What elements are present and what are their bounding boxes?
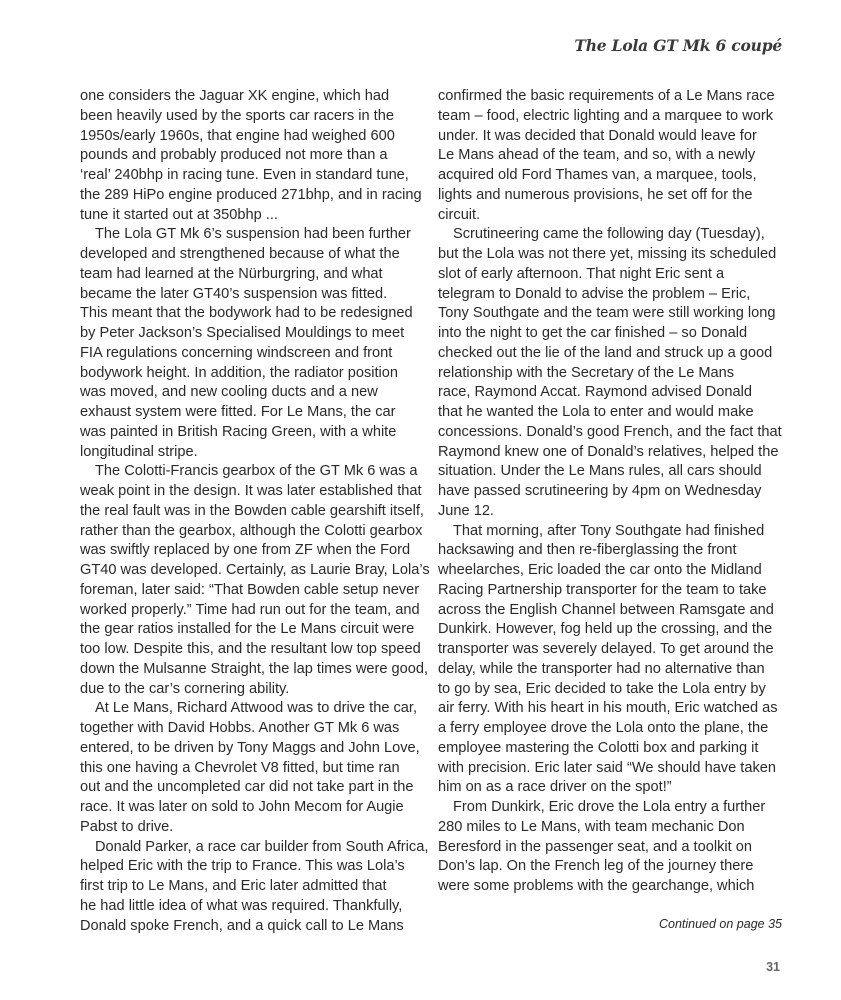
body-text-line: acquired old Ford Thames van, a marquee,… <box>438 166 788 186</box>
body-text-line: him on as a race driver on the spot!” <box>438 778 788 798</box>
body-text-line: Beresford in the passenger seat, and a t… <box>438 838 788 858</box>
body-text-line: June 12. <box>438 502 788 522</box>
page-number: 31 <box>766 960 780 974</box>
body-text-line: under. It was decided that Donald would … <box>438 127 788 147</box>
body-text-line: concessions. Donald’s good French, and t… <box>438 423 788 443</box>
body-text-line: 1950s/early 1960s, that engine had weigh… <box>80 127 420 147</box>
body-text-line: At Le Mans, Richard Attwood was to drive… <box>80 699 420 719</box>
body-text-line: delay, while the transporter had no alte… <box>438 660 788 680</box>
body-text-line: across the English Channel between Ramsg… <box>438 601 788 621</box>
body-text-line: rather than the gearbox, although the Co… <box>80 522 420 542</box>
body-text-line: The Colotti-Francis gearbox of the GT Mk… <box>80 462 420 482</box>
body-text-line: ‘real’ 240bhp in racing tune. Even in st… <box>80 166 420 186</box>
body-text-line: was swiftly replaced by one from ZF when… <box>80 541 420 561</box>
body-text-line: one considers the Jaguar XK engine, whic… <box>80 87 420 107</box>
body-text-line: this one having a Chevrolet V8 fitted, b… <box>80 759 420 779</box>
continued-note: Continued on page 35 <box>659 917 782 931</box>
body-text-line: circuit. <box>438 206 788 226</box>
body-text-line: Racing Partnership transporter for the t… <box>438 581 788 601</box>
body-text-line: longitudinal stripe. <box>80 443 420 463</box>
body-text-line: Tony Southgate and the team were still w… <box>438 304 788 324</box>
body-text-line: Donald spoke French, and a quick call to… <box>80 917 420 937</box>
body-text-line: have passed scrutineering by 4pm on Wedn… <box>438 482 788 502</box>
body-text-line: situation. Under the Le Mans rules, all … <box>438 462 788 482</box>
body-text-line: wheelarches, Eric loaded the car onto th… <box>438 561 788 581</box>
body-text-line: were some problems with the gearchange, … <box>438 877 788 897</box>
body-text-line: that he wanted the Lola to enter and wou… <box>438 403 788 423</box>
body-text-line: helped Eric with the trip to France. Thi… <box>80 857 420 877</box>
body-text-line: Raymond knew one of Donald’s relatives, … <box>438 443 788 463</box>
body-text-line: first trip to Le Mans, and Eric later ad… <box>80 877 420 897</box>
body-text-line: worked properly.” Time had run out for t… <box>80 601 420 621</box>
body-text-line: exhaust system were fitted. For Le Mans,… <box>80 403 420 423</box>
body-text-line: Donald Parker, a race car builder from S… <box>80 838 420 858</box>
body-text-line: That morning, after Tony Southgate had f… <box>438 522 788 542</box>
body-text-line: to go by sea, Eric decided to take the L… <box>438 680 788 700</box>
body-text-line: entered, to be driven by Tony Maggs and … <box>80 739 420 759</box>
body-text-line: too low. Despite this, and the resultant… <box>80 640 420 660</box>
body-text-line: with precision. Eric later said “We shou… <box>438 759 788 779</box>
body-text-line: FIA regulations concerning windscreen an… <box>80 344 420 364</box>
body-text-line: Scrutineering came the following day (Tu… <box>438 225 788 245</box>
body-text-line: by Peter Jackson’s Specialised Mouldings… <box>80 324 420 344</box>
body-text-line: developed and strengthened because of wh… <box>80 245 420 265</box>
body-text-line: Le Mans ahead of the team, and so, with … <box>438 146 788 166</box>
body-text-line: due to the car’s cornering ability. <box>80 680 420 700</box>
body-text-line: pounds and probably produced not more th… <box>80 146 420 166</box>
body-text-line: became the later GT40’s suspension was f… <box>80 285 420 305</box>
body-text-line: race. It was later on sold to John Mecom… <box>80 798 420 818</box>
body-text-line: air ferry. With his heart in his mouth, … <box>438 699 788 719</box>
body-text-line: employee mastering the Colotti box and p… <box>438 739 788 759</box>
body-text-line: Pabst to drive. <box>80 818 420 838</box>
body-text-line: transporter was severely delayed. To get… <box>438 640 788 660</box>
body-text-line: down the Mulsanne Straight, the lap time… <box>80 660 420 680</box>
body-text-line: From Dunkirk, Eric drove the Lola entry … <box>438 798 788 818</box>
body-text-line: tune it started out at 350bhp ... <box>80 206 420 226</box>
right-text-column: confirmed the basic requirements of a Le… <box>438 87 788 897</box>
body-text-line: into the night to get the car finished –… <box>438 324 788 344</box>
body-text-line: out and the uncompleted car did not take… <box>80 778 420 798</box>
body-text-line: confirmed the basic requirements of a Le… <box>438 87 788 107</box>
body-text-line: checked out the lie of the land and stru… <box>438 344 788 364</box>
body-text-line: foreman, later said: “That Bowden cable … <box>80 581 420 601</box>
body-text-line: he had little idea of what was required.… <box>80 897 420 917</box>
body-text-line: was moved, and new cooling ducts and a n… <box>80 383 420 403</box>
body-text-line: a ferry employee drove the Lola onto the… <box>438 719 788 739</box>
body-text-line: the real fault was in the Bowden cable g… <box>80 502 420 522</box>
body-text-line: but the Lola was not there yet, missing … <box>438 245 788 265</box>
body-text-line: been heavily used by the sports car race… <box>80 107 420 127</box>
body-text-line: GT40 was developed. Certainly, as Laurie… <box>80 561 420 581</box>
body-text-line: team – food, electric lighting and a mar… <box>438 107 788 127</box>
body-text-line: weak point in the design. It was later e… <box>80 482 420 502</box>
left-text-column: one considers the Jaguar XK engine, whic… <box>80 87 420 936</box>
body-text-line: the 289 HiPo engine produced 271bhp, and… <box>80 186 420 206</box>
body-text-line: relationship with the Secretary of the L… <box>438 364 788 384</box>
body-text-line: telegram to Donald to advise the problem… <box>438 285 788 305</box>
body-text-line: the gear ratios installed for the Le Man… <box>80 620 420 640</box>
running-header-title: The Lola GT Mk 6 coupé <box>574 36 782 55</box>
body-text-line: together with David Hobbs. Another GT Mk… <box>80 719 420 739</box>
body-text-line: Don’s lap. On the French leg of the jour… <box>438 857 788 877</box>
body-text-line: slot of early afternoon. That night Eric… <box>438 265 788 285</box>
body-text-line: Dunkirk. However, fog held up the crossi… <box>438 620 788 640</box>
body-text-line: 280 miles to Le Mans, with team mechanic… <box>438 818 788 838</box>
body-text-line: lights and numerous provisions, he set o… <box>438 186 788 206</box>
body-text-line: race, Raymond Accat. Raymond advised Don… <box>438 383 788 403</box>
body-text-line: This meant that the bodywork had to be r… <box>80 304 420 324</box>
body-text-line: bodywork height. In addition, the radiat… <box>80 364 420 384</box>
body-text-line: was painted in British Racing Green, wit… <box>80 423 420 443</box>
body-text-line: hacksawing and then re-fiberglassing the… <box>438 541 788 561</box>
body-text-line: team had learned at the Nürburgring, and… <box>80 265 420 285</box>
body-text-line: The Lola GT Mk 6’s suspension had been f… <box>80 225 420 245</box>
